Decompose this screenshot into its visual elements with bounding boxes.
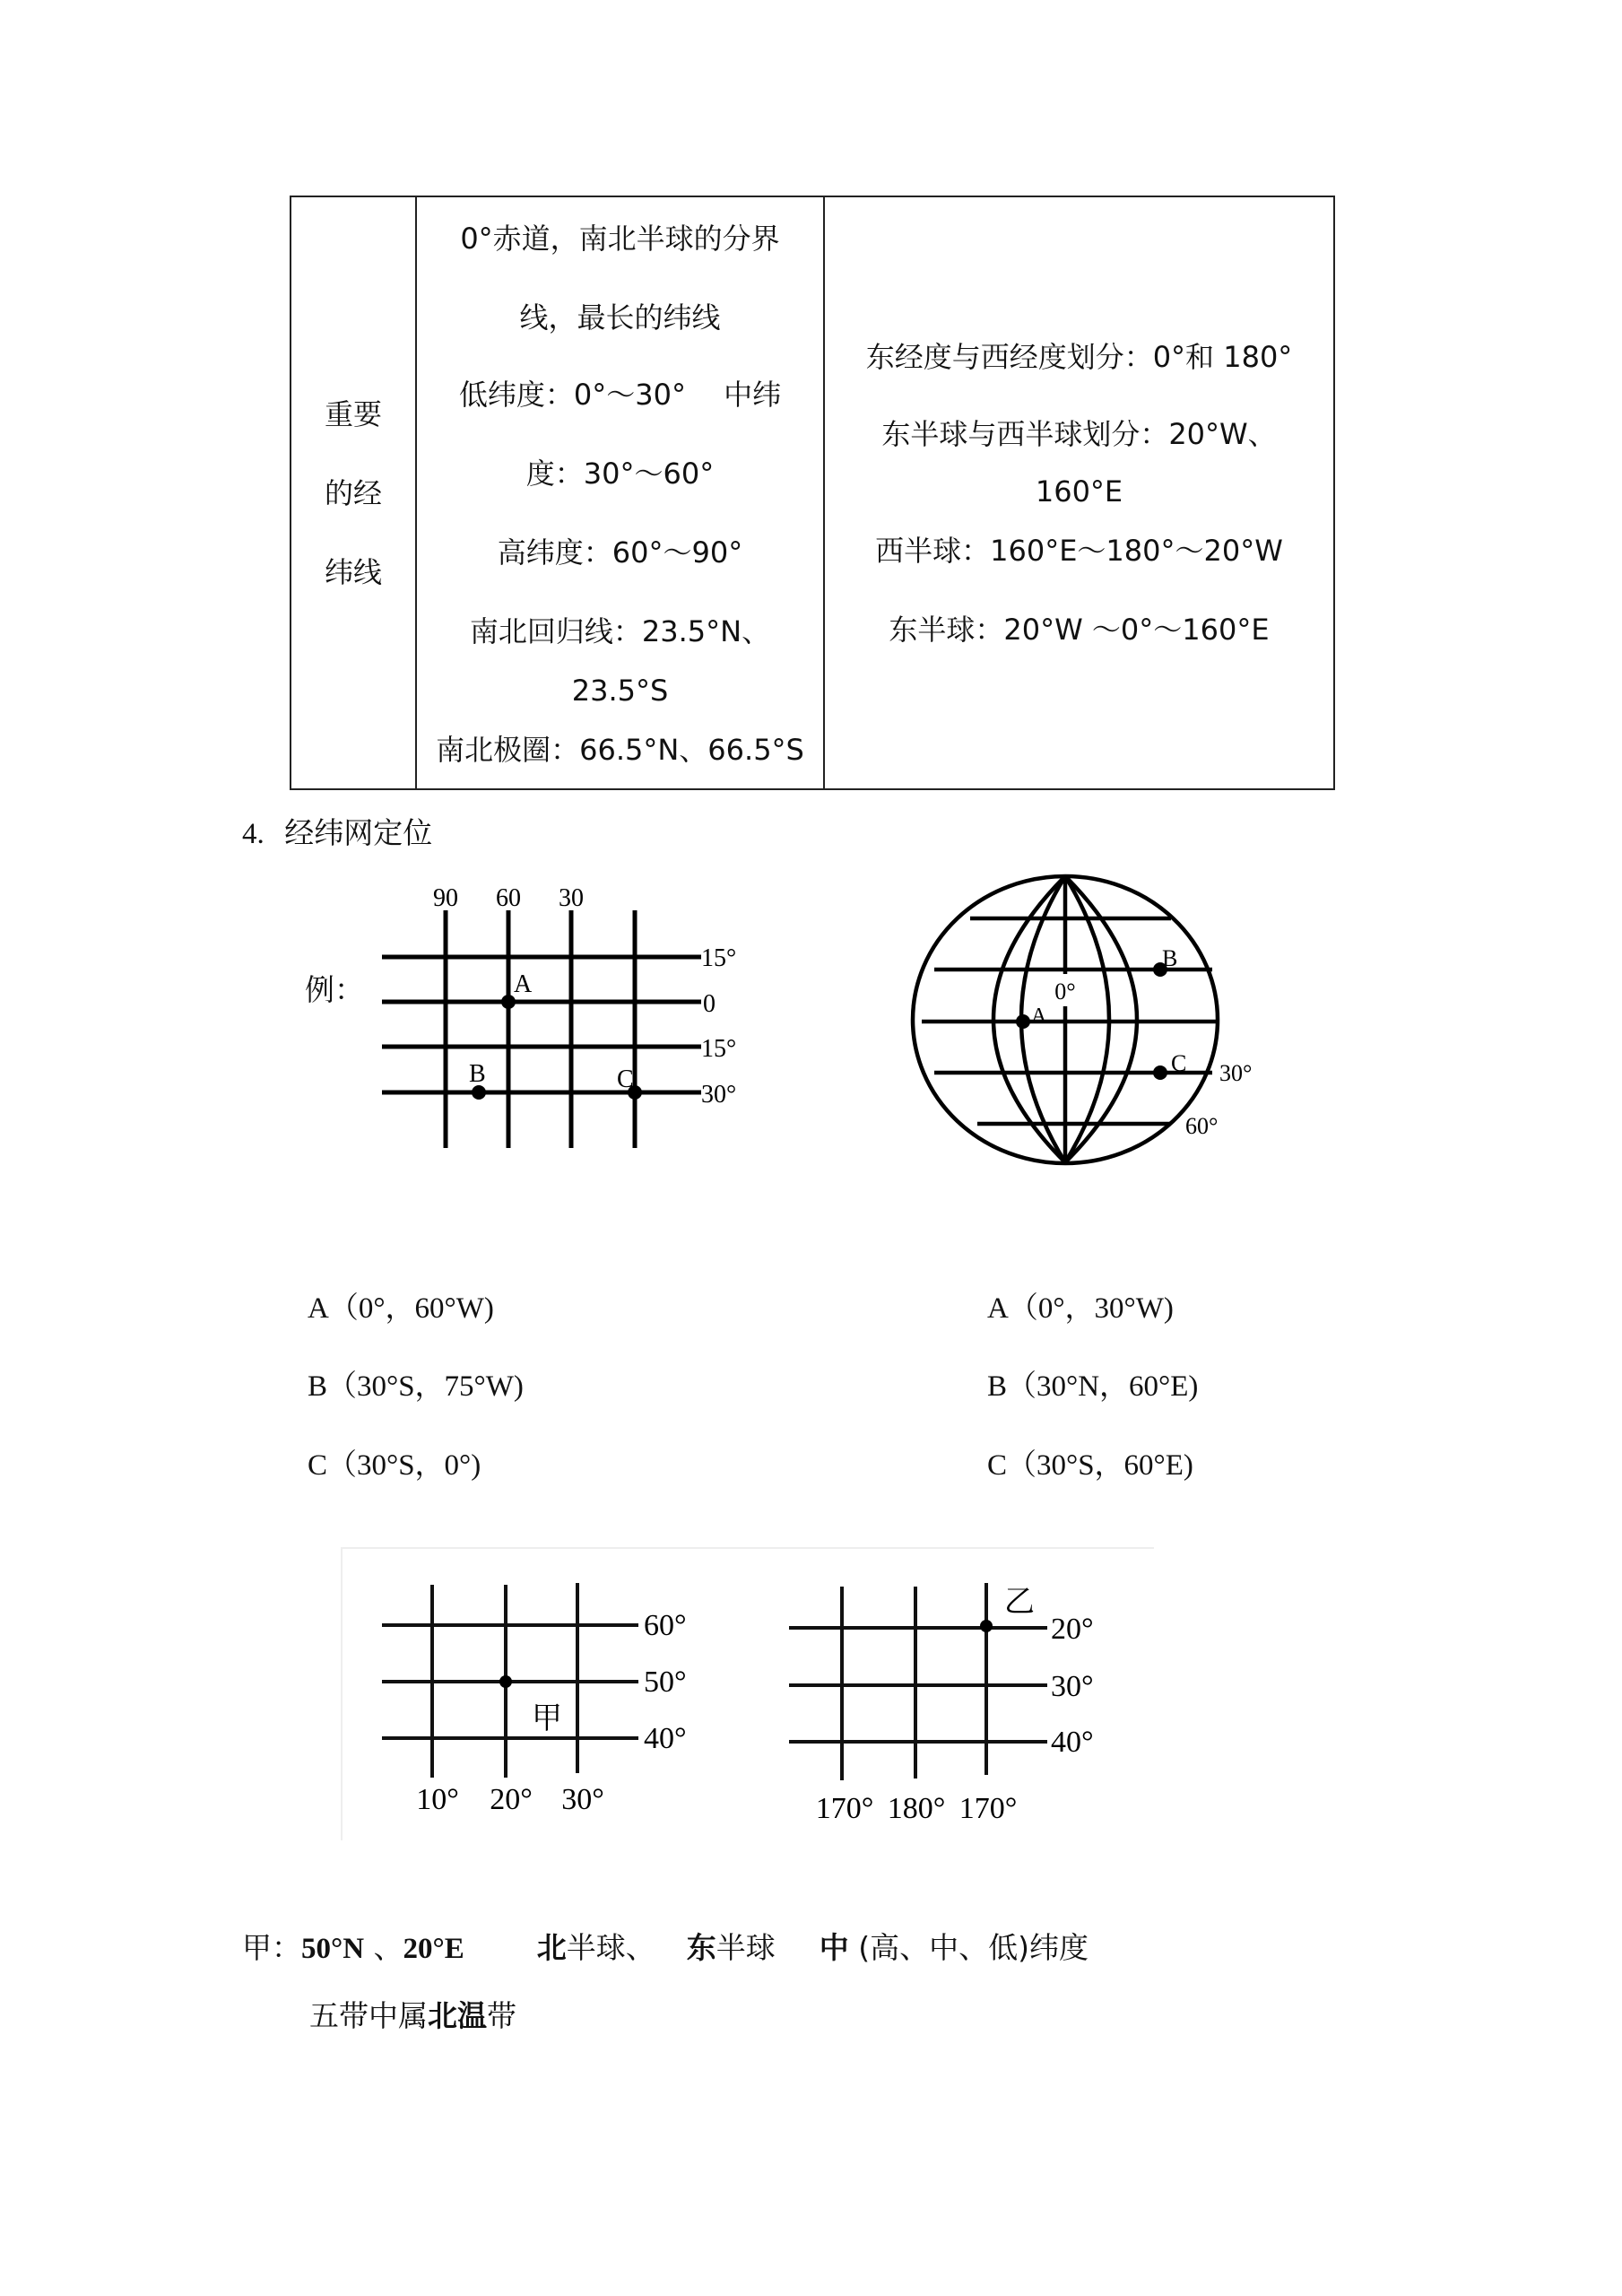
section-heading: 4. 经纬网定位 [242,810,432,852]
right-label: 15° [701,1035,736,1063]
longitude-line: 160°E [825,474,1333,509]
lon-label: 170° [816,1792,874,1825]
lat-label: 60° [644,1609,687,1642]
longitude-line: 东半球与西半球划分：20°W、 [825,416,1333,452]
lon-label: 20° [490,1783,533,1816]
longitude-cell: 东经度与西经度划分：0°和 180° 东半球与西半球划分：20°W、 160°E… [825,197,1333,788]
answer-right-a: A（0°，30°W) [987,1284,1174,1326]
answer-right-c: C（30°S，60°E) [987,1441,1193,1483]
answer-line-1: 甲：50°N 、20°E 北半球、 东半球 中 (高、中、低)纬度 [242,1925,1089,1967]
row-header-line: 重要 [291,396,415,432]
lon-label: 30° [561,1783,604,1816]
right-label: 15° [701,944,736,972]
answer-left-a: A（0°，60°W) [308,1284,494,1326]
longitude-line: 东经度与西经度划分：0°和 180° [825,339,1333,375]
top-label: 60 [496,884,521,912]
latitude-line: 南北极圈：66.5°N、66.5°S [417,732,823,768]
point-label-yi: 乙 [1004,1586,1035,1619]
answer-hemi-ew: 东 [687,1930,716,1965]
right-label: 0 [703,990,716,1018]
top-label: 30 [559,884,584,912]
answer-lat-zone: 中 [820,1930,849,1965]
globe-lat-label: 30° [1219,1060,1252,1086]
latitude-line: 度：30°～60° [417,456,823,491]
row-header-line: 的经 [291,475,415,511]
answer-lat: 50°N [301,1933,364,1965]
answer-prefix: 甲： [242,1930,301,1965]
answer-line-2: 五带中属北温带 [309,1993,516,2035]
grid-yi-diagram: 乙 20° 30° 40° 170° 180° 170° [764,1549,1154,1836]
lat-lon-table: 重要 的经 纬线 0°赤道，南北半球的分界 线，最长的纬线 低纬度：0°～30°… [290,196,1335,790]
zone-bold: 北温 [428,1998,487,2033]
answer-hemi-ns: 北 [537,1930,567,1965]
grid-jia-diagram: 甲 60° 50° 40° 10° 20° 30° [343,1549,764,1836]
zone-prefix: 五带中属 [309,1998,428,2033]
right-label: 30° [701,1081,736,1109]
answer-sep: 、 [364,1930,403,1965]
globe-point-label-c: C [1171,1050,1186,1076]
zone-suffix: 带 [487,1998,516,2033]
table-row-header-cell: 重要 的经 纬线 [291,197,417,788]
exercise-image: 甲 60° 50° 40° 10° 20° 30° 乙 20° 30° 40° … [341,1547,1154,1840]
latitude-line: 低纬度：0°～30° 中纬 [417,377,823,413]
lat-label: 50° [644,1665,687,1699]
latitude-line: 23.5°S [417,673,823,709]
lat-label: 40° [644,1722,687,1755]
globe-lat-label: 60° [1185,1113,1218,1139]
lat-label: 40° [1051,1726,1094,1759]
top-label: 90 [433,884,458,912]
latitude-line: 线，最长的纬线 [417,300,823,335]
lon-label: 180° [888,1792,946,1825]
globe-point-label-b: B [1162,945,1177,971]
lon-label: 170° [959,1792,1018,1825]
longitude-line: 西半球：160°E～180°～20°W [825,533,1333,569]
longitude-line: 东半球：20°W ～0°～160°E [825,612,1333,648]
lon-label: 10° [416,1783,459,1816]
example-label: 例： [305,967,364,1009]
answer-right-b: B（30°N，60°E) [987,1362,1198,1405]
answer-hemi-ns-suffix: 半球、 [567,1930,655,1965]
lat-label: 30° [1051,1670,1094,1703]
point-label-jia: 甲 [532,1702,562,1735]
latitude-line: 0°赤道，南北半球的分界 [417,221,823,257]
answer-hemi-ew-suffix: 半球 [716,1930,776,1965]
answer-lon: 20°E [403,1933,464,1965]
point-label-c: C [617,1065,634,1093]
answer-left-c: C（30°S，0°) [308,1441,481,1483]
globe-point-label-a: A [1031,1004,1047,1028]
latitude-line: 南北回归线：23.5°N、 [417,613,823,649]
latitude-line: 高纬度：60°～90° [417,535,823,570]
point-label-a: A [514,970,533,998]
latitude-cell: 0°赤道，南北半球的分界 线，最长的纬线 低纬度：0°～30° 中纬 度：30°… [417,197,825,788]
answer-left-b: B（30°S，75°W) [308,1362,524,1405]
row-header-line: 纬线 [291,554,415,590]
grid-example-diagram: 90 60 30 15° 0 15° 30° A B C [377,879,789,1166]
section-title: 经纬网定位 [284,815,432,850]
globe-example-diagram: 0° A B C 30° 60° [897,861,1264,1175]
section-number: 4. [242,818,265,850]
lat-label: 20° [1051,1613,1094,1646]
point-label-b: B [469,1060,486,1088]
globe-center-label: 0° [1054,978,1075,1004]
answer-lat-zone-suffix: (高、中、低)纬度 [858,1930,1089,1965]
